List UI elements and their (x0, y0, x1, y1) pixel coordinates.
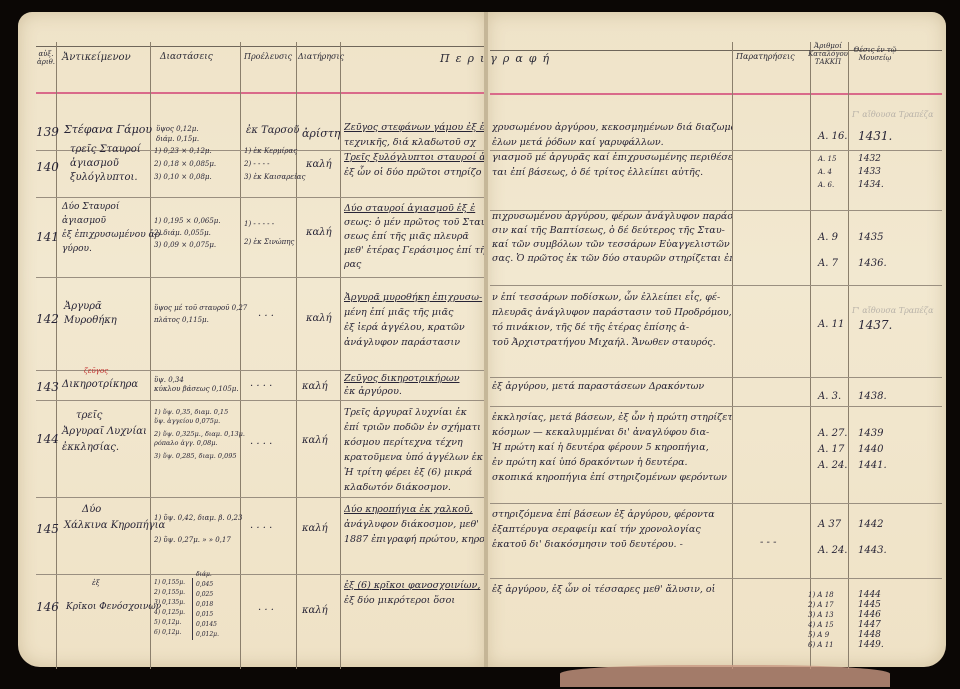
catalogue-numbers: Α 37Α. 24. (818, 512, 847, 564)
dimensions: ὕψ. 0,34κύκλου βάσεως 0,105μ. (154, 376, 239, 394)
description-right: χρυσωμένου ἀργύρου, κεκοσμημένων διά δια… (492, 120, 732, 150)
row-number: 146 (36, 600, 59, 614)
row-number: 142 (36, 312, 59, 326)
header-pink-rule-left (36, 92, 484, 94)
object-note: ἐξ (92, 578, 100, 588)
row-number: 139 (36, 125, 59, 139)
header-provenance: Προέλευσις (244, 52, 292, 61)
column-divider (848, 42, 849, 669)
header-catalogue: Ἀριθμοί Καταλόγου ΤΑΚΚΠ (808, 42, 848, 66)
object-name: Κρῖκοι Φενόσχοινων (66, 600, 161, 614)
museum-location: 1431. (858, 129, 892, 143)
column-divider (810, 42, 811, 669)
description-right: ἐξ ἀργύρου, μετά παραστάσεων Δρακόντων (492, 379, 732, 394)
description-left: Δύο κηροπήγια ἐκ χαλκοῦ,ἀνάγλυφον διάκοσ… (344, 502, 484, 547)
catalogue-number: Α. 11 (818, 318, 844, 332)
dimensions: 1) ὕψ. 0,35, διαμ. 0,15ὕψ. ἀγγείου 0,075… (154, 408, 245, 461)
pencil-annotation: Γ' αἴθουσα Τραπέζα (852, 110, 933, 119)
object-note: ζεῦγος (84, 366, 108, 376)
row-separator (490, 285, 942, 286)
museum-locations: 144414451446144714481449. (858, 590, 884, 650)
header-top-rule-left (36, 46, 484, 47)
remarks: - - - (760, 536, 777, 550)
description-left: ἐξ (6) κρῖκοι φανοσχοινίων,ἐξ δύο μικρότ… (344, 578, 484, 608)
condition: καλή (302, 380, 328, 394)
dimensions: ὕψος μέ τοῦ σταυροῦ 0,27πλάτος 0,115μ. (154, 302, 247, 326)
object-name: τρεῖς Σταυροίἁγιασμοῦξυλόγλυπτοι. (70, 143, 141, 185)
row-number: 141 (36, 230, 59, 244)
condition: καλή (302, 522, 328, 536)
pencil-annotation: Γ' αἴθουσα Τραπέζα (852, 306, 933, 315)
row-number: 144 (36, 432, 59, 446)
description-left: Δύο σταυροί ἁγιασμοῦ ἐξ ἐσεως: ὁ μέν πρῶ… (344, 202, 484, 272)
header-pink-rule-right (490, 93, 942, 95)
header-number: αὐξ. ἀριθ. (36, 50, 56, 66)
provenance: 1) ἐκ Κερμίρας2) - - - -3) ἐκ Καισαρείας (244, 145, 305, 184)
row-number: 140 (36, 160, 59, 174)
catalogue-numbers: Α. 15Α. 4Α. 6. (818, 153, 836, 192)
museum-locations: 143214331434. (858, 153, 884, 192)
catalogue-numbers: Α. 27.Α. 17Α. 24. (818, 426, 847, 474)
condition: καλή (306, 226, 332, 240)
row-separator (490, 503, 942, 504)
description-right: πιχρυσωμένου ἀργύρου, φέρων ἀνάγλυφον πα… (492, 210, 732, 266)
museum-locations: 14421443. (858, 512, 887, 564)
museum-location: 1438. (858, 390, 887, 404)
provenance: · · · (258, 310, 274, 324)
object-name: Στέφανα Γάμου (64, 123, 152, 137)
object-name: Δύο Σταυροίἁγιασμοῦἐξ ἐπιχρυσωμένου ἀρ-γ… (62, 200, 163, 256)
condition: ἀρίστη (302, 127, 340, 141)
row-separator (36, 574, 484, 575)
book-gutter (484, 12, 488, 667)
description-right: ν ἐπί τεσσάρων ποδίσκων, ὧν ἐλλείπει εἷς… (492, 290, 732, 350)
provenance: · · · · (250, 380, 272, 394)
description-right: στηριζόμενα ἐπί βάσεων ἐξ ἀργύρου, φέρον… (492, 507, 732, 552)
provenance: 1) - - - - -2) ἐκ Σινώπης (244, 215, 294, 251)
dimensions: 1) ὕψ. 0,42, διαμ. β. 0,232) ὕψ. 0,27μ. … (154, 507, 242, 551)
museum-locations: 143914401441. (858, 426, 887, 474)
header-object: Ἀντικείμενον (62, 52, 131, 63)
dimensions: 1) 0,195 × 0,065μ.2) διάμ. 0,055μ.3) 0,0… (154, 215, 221, 251)
description-left: Τρεῖς ξυλόγλυπτοι σταυροί ἁἐξ ὧν οἱ δύο … (344, 150, 484, 180)
description-right: γιασμοῦ μέ ἀργυρᾶς καί ἐπιχρυσωμένης περ… (492, 150, 732, 180)
provenance: · · · · (250, 522, 272, 536)
row-separator (490, 578, 942, 579)
header-dimensions: Διαστάσεις (160, 52, 213, 62)
row-separator (36, 400, 484, 401)
object-name: ΔύοΧάλκινα Κηροπήγια (64, 502, 165, 534)
row-number: 145 (36, 522, 59, 536)
provenance: · · · · (250, 438, 272, 452)
object-name: ἈργυρᾶΜυροθήκη (64, 300, 117, 328)
description-left: Ζεῦγος δικηροτρικήρωνἐκ ἀργύρου. (344, 372, 484, 398)
catalogue-numbers: Α. 9Α. 7 (818, 225, 838, 277)
description-left: Ζεῦγος στεφάνων γάμου ἐξ ἐπι-τεχνικῆς, δ… (344, 120, 484, 150)
museum-location: 1437. (858, 318, 892, 332)
description-right: ἐκκλησίας, μετά βάσεων, ἐξ ὧν ἡ πρώτη στ… (492, 410, 732, 485)
description-left: Τρεῖς ἀργυραῖ λυχνίαι ἐκἐπί τριῶν ποδῶν … (344, 405, 484, 495)
row-separator (490, 377, 942, 378)
header-location: Θέσις ἐν τῷ Μουσείῳ (850, 46, 900, 62)
description-right: ἐξ ἀργύρου, ἐξ ὧν οἱ τέσσαρες μεθ' ἄλυσι… (492, 582, 732, 597)
condition: καλή (306, 158, 332, 172)
header-condition: Διατήρησις (298, 52, 344, 61)
dimensions-diameter: διάμ.0,0450,0250,0180,0150,01450,012μ. (196, 570, 219, 640)
object-name: τρεῖςἈργυραῖ Λυχνίαιἐκκλησίας. (62, 408, 147, 456)
catalogue-number: Α. 3. (818, 390, 841, 404)
row-separator (36, 497, 484, 498)
description-left: Ἀργυρᾶ μυροθήκη ἐπιχρυσω-μένη ἐπί μιᾶς τ… (344, 290, 484, 350)
provenance: ἐκ Ταρσοῦ (246, 124, 299, 138)
object-name: Δικηροτρίκηρα (62, 378, 138, 392)
condition: καλή (302, 434, 328, 448)
row-separator (490, 406, 942, 407)
provenance: · · · (258, 604, 274, 618)
torn-page-edge (560, 665, 890, 687)
condition: καλή (306, 312, 332, 326)
header-remarks: Παρατηρήσεις (736, 52, 795, 61)
dimensions-inner-divider (192, 578, 193, 640)
row-separator (36, 197, 484, 198)
row-separator (36, 277, 484, 278)
dimensions: 1) 0,23 × 0,12μ.2) 0,18 × 0,085μ.3) 0,10… (154, 145, 216, 184)
catalogue-number: Α. 16. (818, 130, 847, 144)
catalogue-numbers: 1) Α 182) Α 173) Α 134) Α 155) Α 96) Α 1… (808, 590, 834, 650)
dimensions: ὕψος 0,12μ.διάμ. 0,15μ. (156, 124, 199, 144)
header-description: Περιγραφή (440, 52, 640, 65)
column-divider (732, 42, 733, 669)
dimensions-height: 1) 0,155μ.2) 0,155μ.3) 0,135μ.4) 0,125μ.… (154, 578, 185, 638)
condition: καλή (302, 604, 328, 618)
row-number: 143 (36, 380, 59, 394)
museum-locations: 14351436. (858, 225, 887, 277)
